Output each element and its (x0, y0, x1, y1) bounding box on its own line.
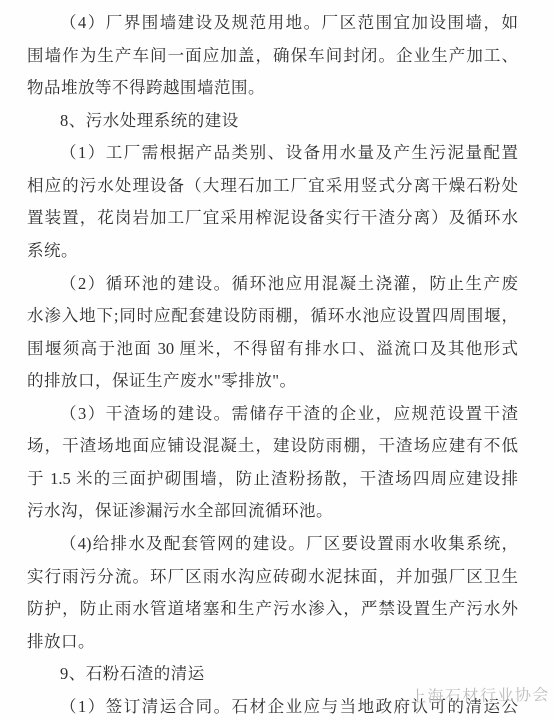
text-line: 防护，防止雨水管道堵塞和生产污水渗入，严禁设置生产污水外 (27, 593, 518, 626)
text-line: （1）工厂需根据产品类别、设备用水量及产生污泥量配置 (27, 137, 518, 170)
document-body: （4）厂界围墙建设及规范用地。厂区范围宜加设围墙，如围墙作为生产车间一面应加盖，… (27, 7, 518, 721)
text-line: 相应的污水处理设备（大理石加工厂宜采用竖式分离干燥石粉处 (27, 170, 518, 203)
text-line: 8、污水处理系统的建设 (27, 105, 518, 138)
text-line: 系统。 (27, 235, 518, 268)
text-line: （1）签订清运合同。石材企业应与当地政府认可的清运公 (27, 691, 518, 721)
text-line: 排放口。 (27, 626, 518, 659)
text-line: 置装置，花岗岩加工厂宜采用榨泥设备实行干渣分离）及循环水 (27, 202, 518, 235)
text-line: 于 1.5 米的三面护砌围墙，防止渣粉扬散，干渣场四周应建设排 (27, 463, 518, 496)
document-page: （4）厂界围墙建设及规范用地。厂区范围宜加设围墙，如围墙作为生产车间一面应加盖，… (0, 0, 555, 721)
text-line: 实行雨污分流。环厂区雨水沟应砖砌水泥抹面，并加强厂区卫生 (27, 561, 518, 594)
text-line: 围堰须高于池面 30 厘米，不得留有排水口、溢流口及其他形式 (27, 333, 518, 366)
text-line: 物品堆放等不得跨越围墙范围。 (27, 72, 518, 105)
text-line: 的排放口，保证生产废水"零排放"。 (27, 365, 518, 398)
text-line: 9、石粉石渣的清运 (27, 658, 518, 691)
text-line: （3）干渣场的建设。需储存干渣的企业，应规范设置干渣 (27, 398, 518, 431)
text-line: 污水沟，保证渗漏污水全部回流循环池。 (27, 495, 518, 528)
text-line: 围墙作为生产车间一面应加盖，确保车间封闭。企业生产加工、 (27, 40, 518, 73)
text-line: 场，干渣场地面应铺设混凝土，建设防雨棚，干渣场应建有不低 (27, 430, 518, 463)
text-line: （2）循环池的建设。循环池应用混凝土浇灌，防止生产废 (27, 268, 518, 301)
text-line: 水渗入地下;同时应配套建设防雨棚，循环水池应设置四周围堰， (27, 300, 518, 333)
text-line: （4）厂界围墙建设及规范用地。厂区范围宜加设围墙，如 (27, 7, 518, 40)
text-line: （4)给排水及配套管网的建设。厂区要设置雨水收集系统， (27, 528, 518, 561)
